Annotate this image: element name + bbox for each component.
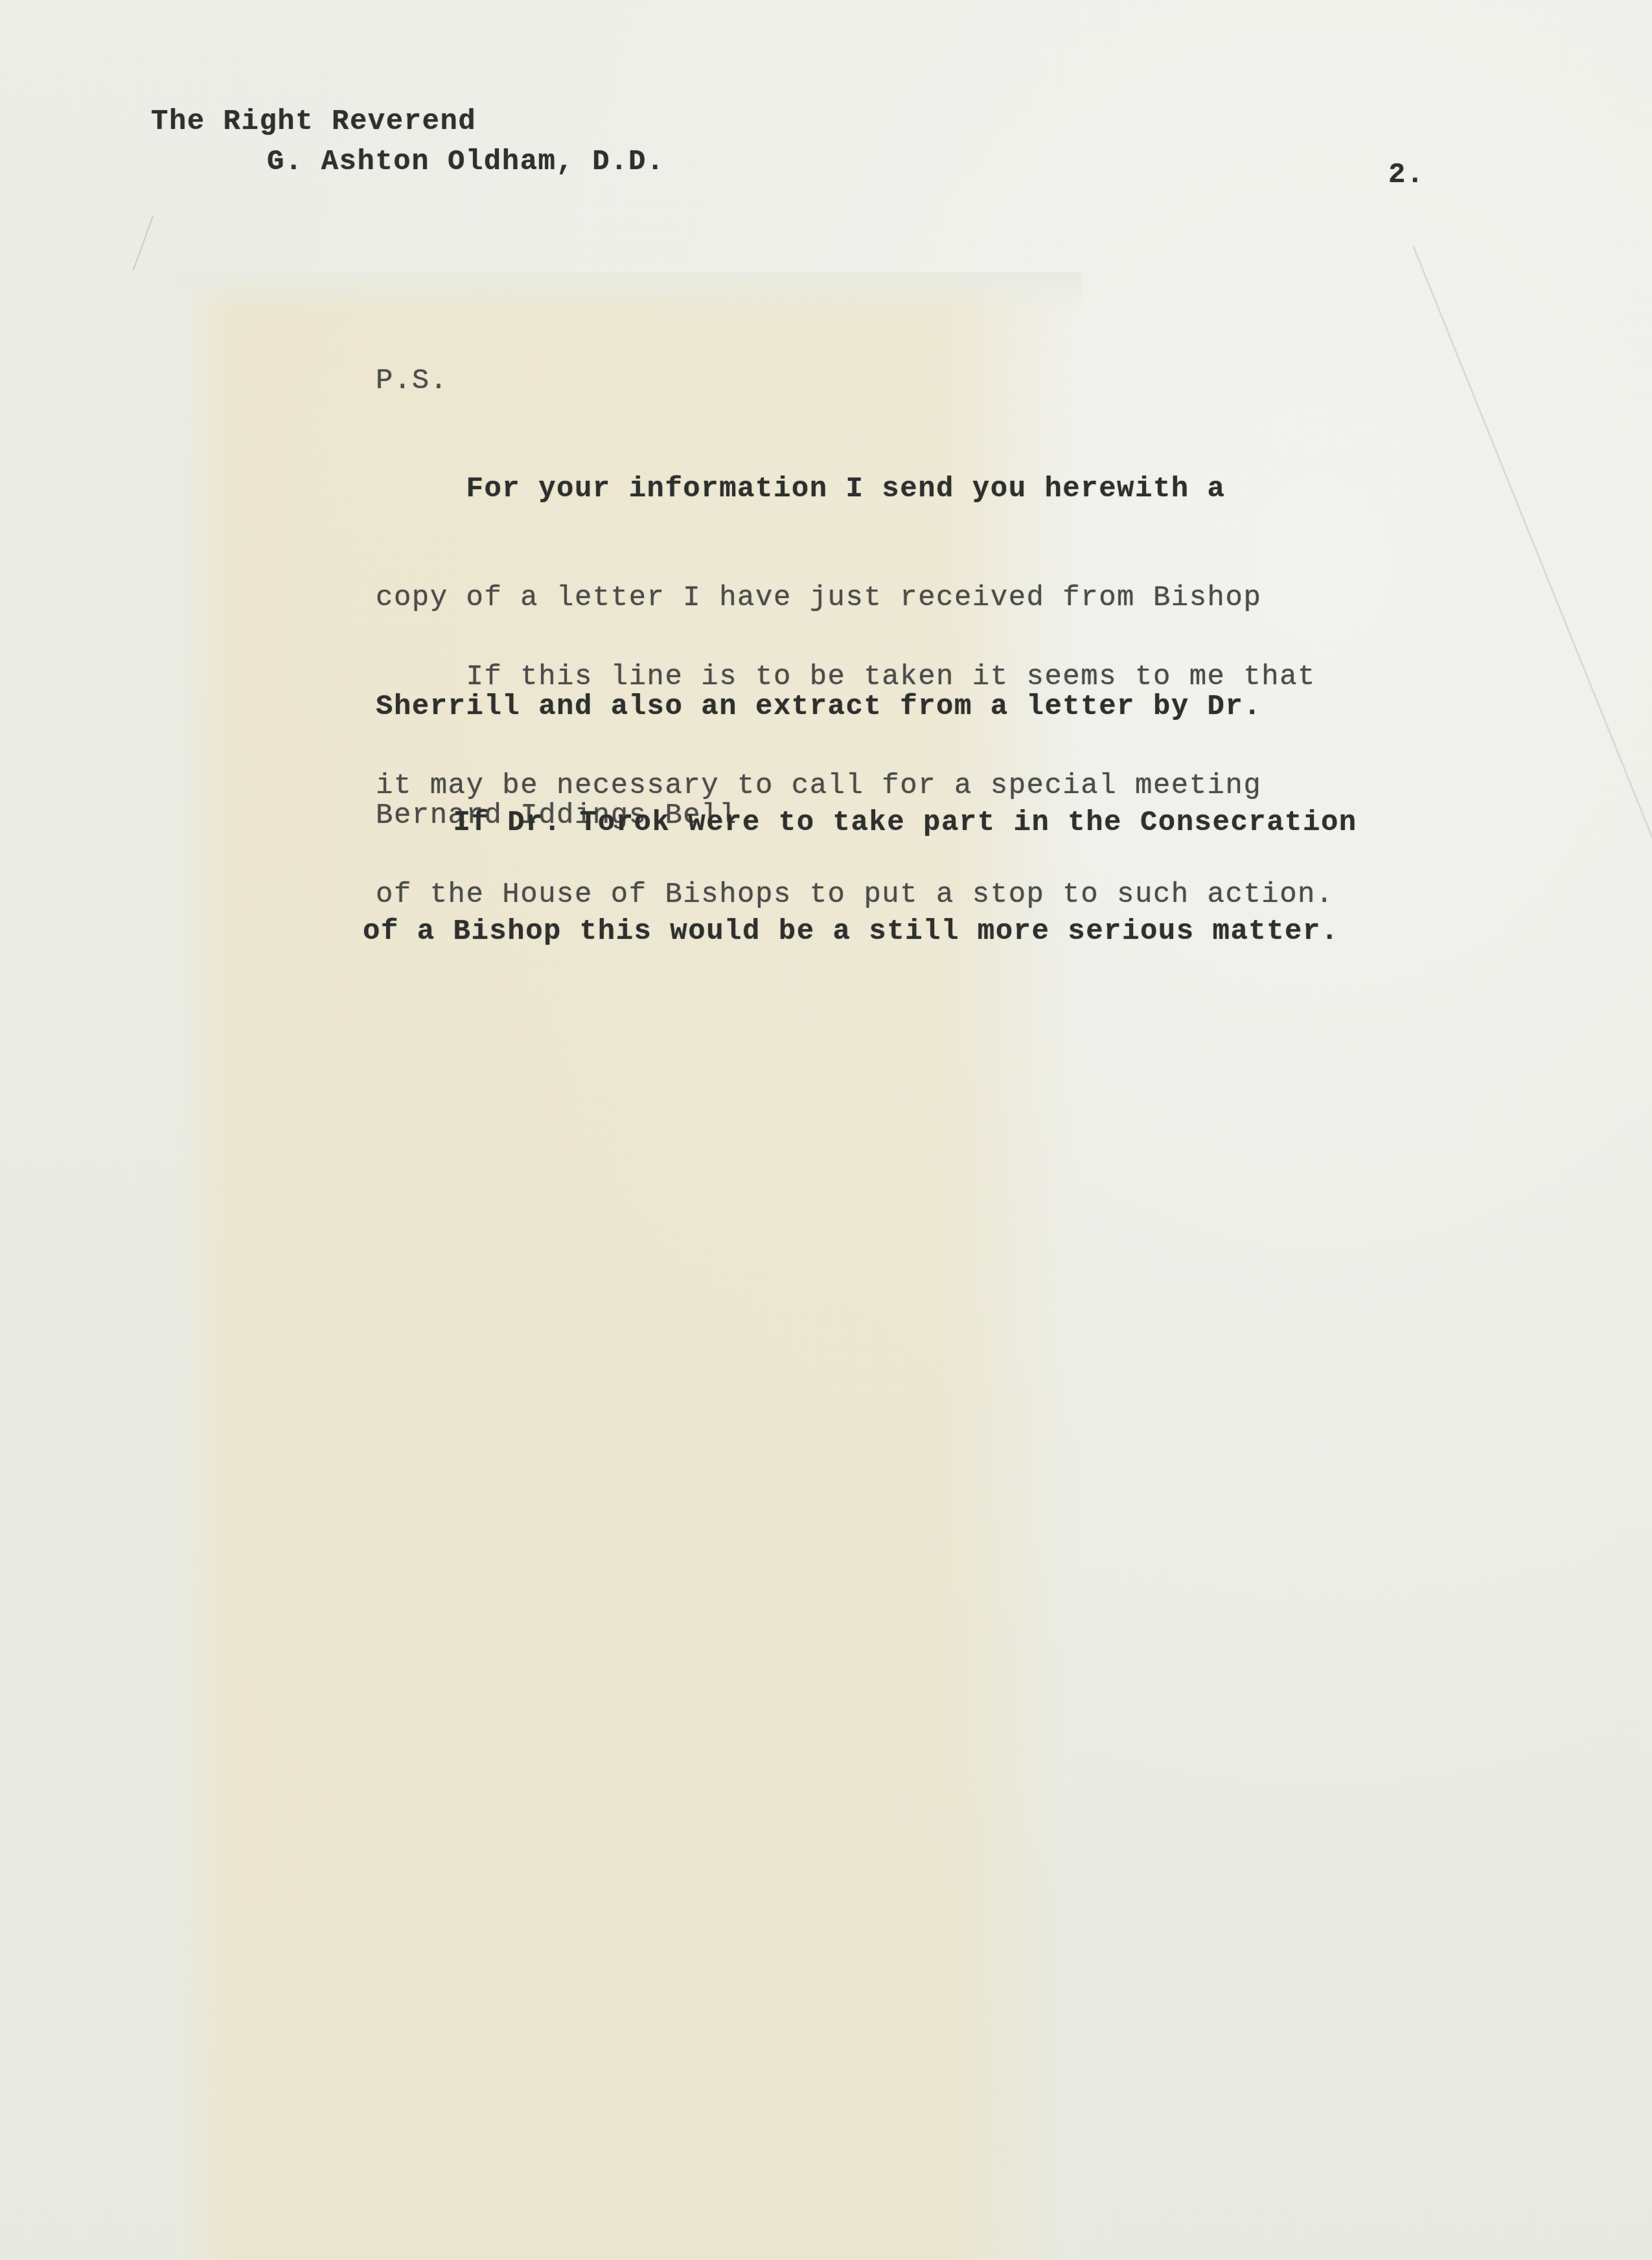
paper-fold-line [1412, 246, 1652, 847]
postscript-label: P.S. [376, 363, 448, 399]
letter-page: The Right Reverend G. Ashton Oldham, D.D… [0, 0, 1652, 2260]
paper-crease [133, 215, 154, 270]
addressee-title: The Right Reverend [151, 104, 476, 140]
paper-discoloration-edge [175, 272, 1082, 311]
postscript-paragraph-3: If Dr. Torok were to take part in the Co… [363, 732, 1357, 1022]
page-number: 2. [1388, 157, 1425, 193]
addressee-name: G. Ashton Oldham, D.D. [267, 144, 665, 180]
paragraph-line: If this line is to be taken it seems to … [376, 659, 1334, 695]
paragraph-line: For your information I send you herewith… [376, 471, 1261, 507]
paragraph-line: of a Bishop this would be a still more s… [363, 914, 1357, 950]
paragraph-line: If Dr. Torok were to take part in the Co… [363, 805, 1357, 841]
